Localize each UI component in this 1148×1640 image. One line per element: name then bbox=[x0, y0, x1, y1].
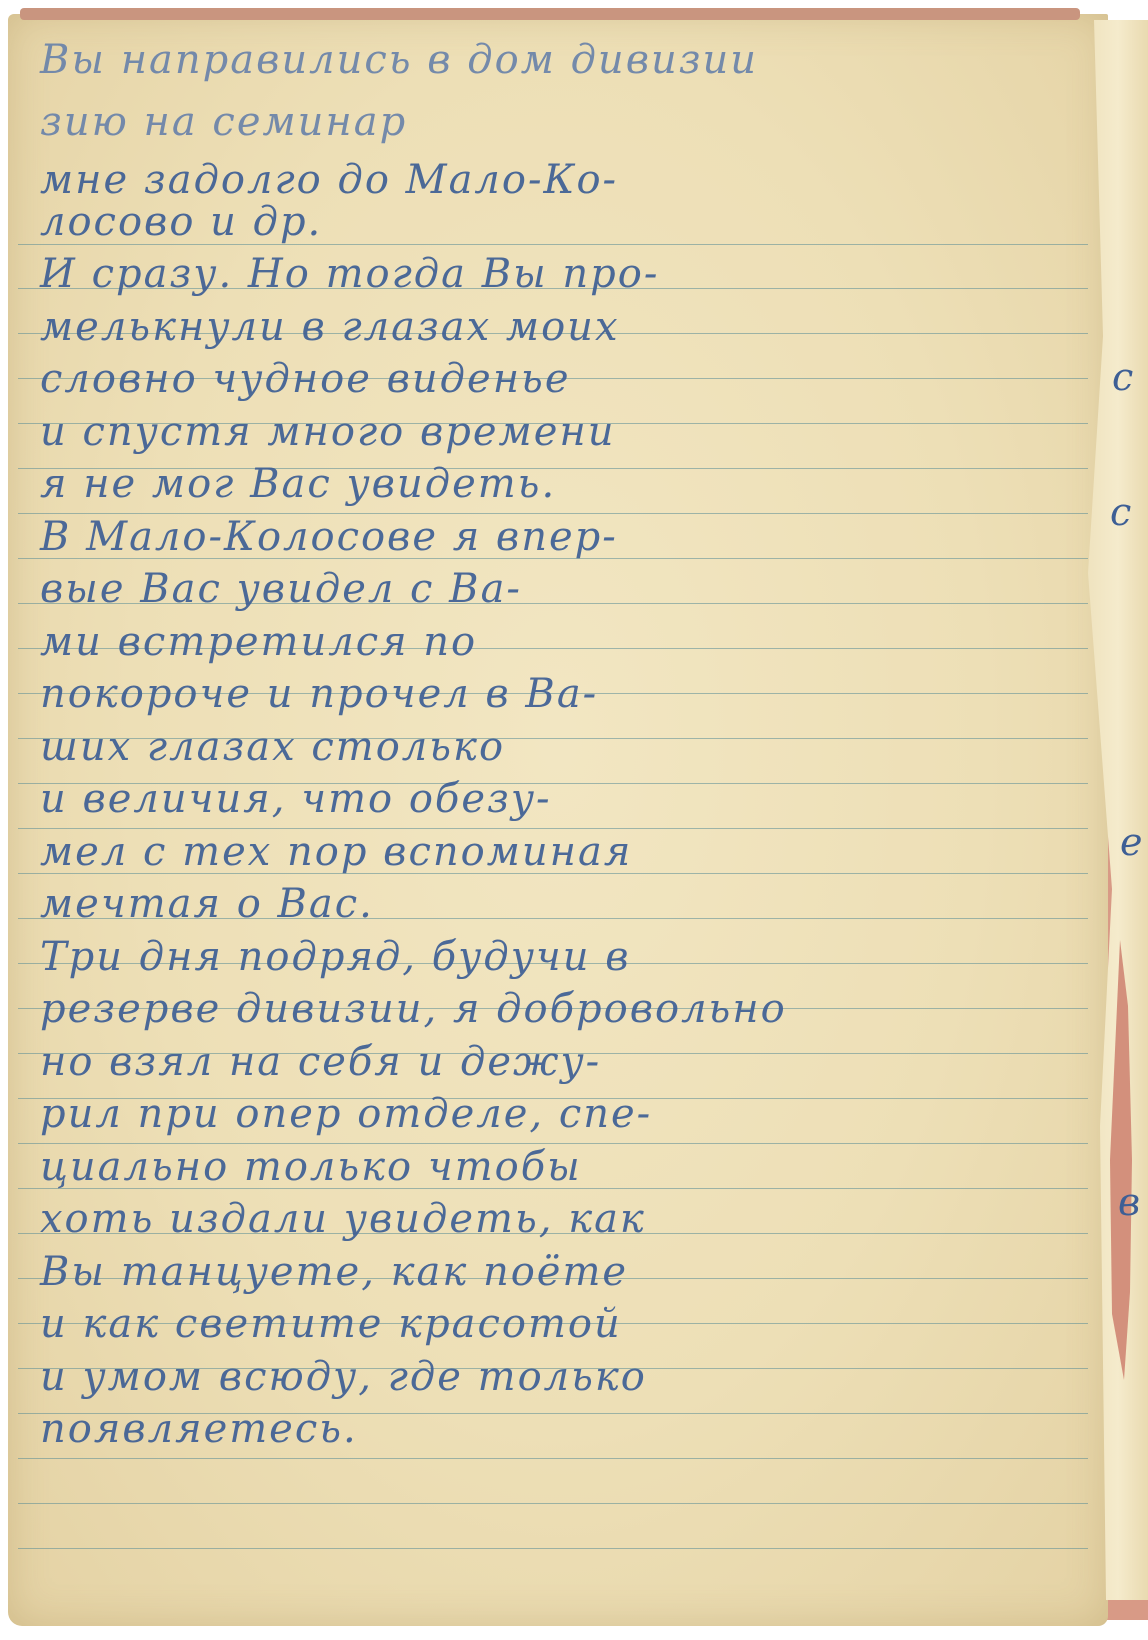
text-line: мел с тех пор вспоминая bbox=[40, 830, 632, 874]
edge-fragment: в bbox=[1118, 1180, 1140, 1224]
text-line: И сразу. Но тогда Вы про- bbox=[40, 252, 659, 296]
text-line: но взял на себя и дежу- bbox=[40, 1040, 601, 1084]
text-line: и спустя много времени bbox=[40, 410, 615, 454]
text-line: мелькнули в глазах моих bbox=[40, 305, 620, 349]
text-line: вые Вас увидел с Ва- bbox=[40, 567, 522, 611]
text-line: я не мог Вас увидеть. bbox=[40, 462, 556, 506]
text-line: покороче и прочел в Ва- bbox=[40, 672, 598, 716]
text-line: и умом всюду, где только bbox=[40, 1355, 647, 1399]
text-line: зию на семинар bbox=[40, 100, 407, 144]
edge-fragment: с bbox=[1112, 355, 1133, 399]
text-line: и величия, что обезу- bbox=[40, 777, 552, 821]
text-line: резерве дивизии, я добровольно bbox=[40, 987, 787, 1031]
text-line: ших глазах столько bbox=[40, 725, 505, 769]
letter-body: Вы направились в дом дивизии зию на семи… bbox=[40, 0, 1080, 1640]
text-line: мне задолго до Мало-Ко- bbox=[40, 158, 618, 202]
text-line: Вы танцуете, как поёте bbox=[40, 1250, 628, 1294]
text-line: циально только чтобы bbox=[40, 1145, 582, 1189]
edge-fragment: с bbox=[1110, 490, 1131, 534]
text-line: мечтая о Вас. bbox=[40, 882, 374, 926]
text-line: хоть издали увидеть, как bbox=[40, 1197, 646, 1241]
text-line: Три дня подряд, будучи в bbox=[40, 935, 631, 979]
edge-fragment: е bbox=[1120, 820, 1143, 864]
text-line: Вы направились в дом дивизии bbox=[40, 38, 758, 82]
text-line: появляетесь. bbox=[40, 1407, 358, 1451]
text-line: словно чудное виденье bbox=[40, 357, 571, 401]
text-line: В Мало-Колосове я впер- bbox=[40, 515, 618, 559]
text-line: рил при опер отделе, спе- bbox=[40, 1092, 652, 1136]
text-line: и как светите красотой bbox=[40, 1302, 622, 1346]
text-line: ми встретился по bbox=[40, 620, 477, 664]
text-line: лосово и др. bbox=[40, 200, 322, 244]
